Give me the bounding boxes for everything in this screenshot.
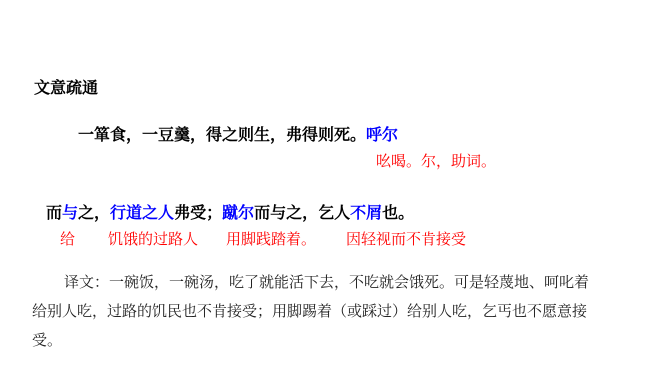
annotation-xing-dao-zhi-ren: 饥饿的过路人 [108,228,198,249]
text-er: 而 [46,203,62,222]
keyword-bu-xie: 不屑 [350,203,382,222]
text-fu-shou: 弗受； [174,203,222,222]
translation-line-3: 受。 [32,326,62,354]
translation-line-1: 译文：一碗饭，一碗汤，吃了就能活下去，不吃就会饿死。可是轻蔑地、呵叱着 [64,268,589,296]
translation-line-2: 给别人吃，过路的饥民也不肯接受；用脚踢着（或踩过）给别人吃，乞丐也不愿意接 [32,297,587,325]
classical-line-2: 而与之，行道之人弗受；蹴尔而与之，乞人不屑也。 [46,200,414,223]
annotation-bu-xie: 因轻视而不肯接受 [346,228,466,249]
keyword-hu-er: 呼尔 [366,125,398,144]
section-title: 文意疏通 [34,75,98,98]
text-er-yu-zhi-qi-ren: 而与之，乞人 [254,203,350,222]
annotation-hu-er: 吆喝。尔，助词。 [376,150,496,171]
annotation-yu: 给 [60,228,75,249]
keyword-yu: 与 [62,203,78,222]
line1-text: 一箪食，一豆羹，得之则生，弗得则死。 [78,125,366,144]
text-ye: 也。 [382,203,414,222]
keyword-xing-dao-zhi-ren: 行道之人 [110,203,174,222]
classical-line-1: 一箪食，一豆羹，得之则生，弗得则死。呼尔 [78,122,398,145]
keyword-cu-er: 蹴尔 [222,203,254,222]
text-zhi: 之， [78,203,110,222]
annotation-cu-er: 用脚践踏着。 [226,228,316,249]
